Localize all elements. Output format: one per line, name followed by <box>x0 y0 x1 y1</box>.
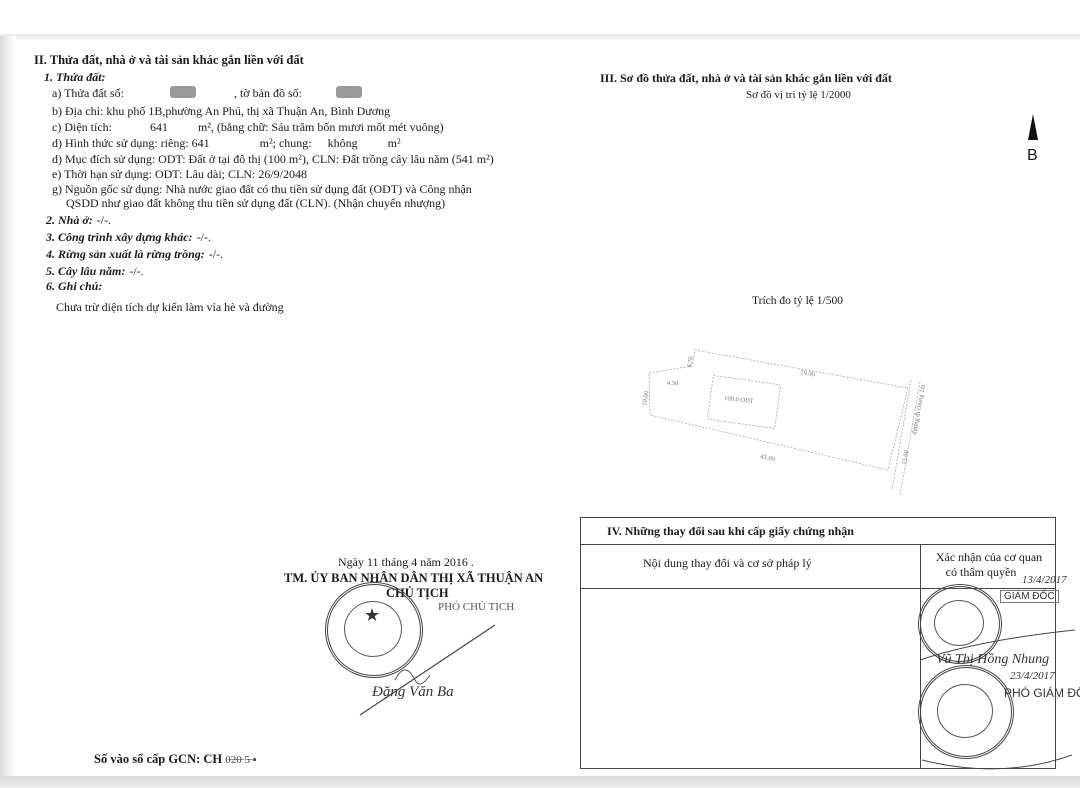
registry-number-row: Số vào sổ cấp GCN: CH 0̶2̶0̶ 5̶ ▪ <box>94 752 257 767</box>
registry-label: Số vào sổ cấp GCN: CH <box>94 752 222 766</box>
plot-bottom-edge: 45.00 <box>760 453 776 463</box>
parcel-number-row: a) Thửa đất số: , tờ bản đồ số: <box>52 86 362 101</box>
redacted-parcel-number <box>170 86 196 98</box>
paper-edge-bottom <box>0 776 1080 788</box>
origin-row-2: QSDD như giao đất không thu tiền sử dụng… <box>66 196 445 211</box>
plot-top-edge: 19.00 <box>800 369 816 378</box>
item4-value: -/-. <box>209 247 223 261</box>
location-scale-caption: Sơ đồ vị trí tỷ lệ 1/2000 <box>746 89 851 101</box>
item5-row: 5. Cây lâu năm: -/-. <box>46 262 144 280</box>
road-label: đường đi chung 1m <box>911 384 927 435</box>
col-change-content: Nội dung thay đổi và cơ sở pháp lý <box>643 556 812 571</box>
registry-value: 0̶2̶0̶ 5̶ ▪ <box>225 754 256 766</box>
area-row: c) Diện tích: 641 m², (bằng chữ: Sáu tră… <box>52 120 444 135</box>
stamp-role-1: GIÁM ĐỐC <box>1000 590 1059 603</box>
redacted-map-sheet <box>336 86 362 98</box>
usage-term-row: e) Thời hạn sử dụng: ODT: Lâu dài; CLN: … <box>52 167 307 182</box>
usage-form-label: d) Hình thức sử dụng: riêng: <box>52 136 189 150</box>
item3-label: 3. Công trình xây dựng khác: <box>46 230 193 244</box>
issuing-org: TM. ỦY BAN NHÂN DÂN THỊ XÃ THUẬN AN <box>284 571 543 586</box>
item3-value: -/-. <box>197 230 211 244</box>
usage-form-row: d) Hình thức sử dụng: riêng: 641 m²; chu… <box>52 136 401 151</box>
section4-title: IV. Những thay đổi sau khi cấp giấy chứn… <box>607 524 854 539</box>
item4-label: 4. Rừng sản xuất là rừng trồng: <box>46 247 205 261</box>
usage-private-value: 641 <box>192 136 210 150</box>
address-row: b) Địa chỉ: khu phố 1B,phường An Phú, th… <box>52 104 390 119</box>
changes-table-subheader: Nội dung thay đổi và cơ sở pháp lý Xác n… <box>581 544 1055 589</box>
usage-unit-1: m²; chung: <box>260 136 312 150</box>
map-sheet-label: , tờ bản đồ số: <box>234 86 302 100</box>
area-unit-text: m², (bằng chữ: Sáu trăm bốn mươi mốt mét… <box>198 120 444 134</box>
origin-row-1: g) Nguồn gốc sử dụng: Nhà nước giao đất … <box>52 182 472 197</box>
parcel-number-label: a) Thửa đất số: <box>52 86 124 100</box>
issue-date: Ngày 11 tháng 4 năm 2016 . <box>338 555 474 570</box>
plot-right-edge: 15.00 <box>901 450 910 466</box>
plot-left-edge: 10.00 <box>641 391 650 407</box>
page-margin-top <box>0 0 1080 36</box>
item6-label: 6. Ghi chú: <box>46 279 102 294</box>
excerpt-scale-caption: Trích đo tỷ lệ 1/500 <box>752 295 843 307</box>
stamp-date-1: 13/4/2017 <box>1022 574 1067 586</box>
section3-title: III. Sơ đồ thửa đất, nhà ở và tài sản kh… <box>600 71 892 86</box>
paper-edge-left <box>0 36 16 788</box>
item1-heading: 1. Thửa đất: <box>44 70 106 85</box>
paper-edge-top <box>0 34 1080 40</box>
signature-stroke <box>355 620 505 720</box>
item2-label: 2. Nhà ở: <box>46 213 93 227</box>
north-label: B <box>1027 147 1038 165</box>
note-text: Chưa trừ diện tích dự kiến làm vỉa hè và… <box>56 300 284 315</box>
item4-row: 4. Rừng sản xuất là rừng trồng: -/-. <box>46 245 223 263</box>
chairman-signature: Đặng Văn Ba <box>372 684 454 701</box>
plot-step-vertical: 4.70 <box>686 356 695 368</box>
item5-label: 5. Cây lâu năm: <box>46 264 125 278</box>
section2-title: II. Thửa đất, nhà ở và tài sản khác gắn … <box>34 53 304 68</box>
parcel-plot-diagram: 19.00 45.00 10.00 4.50 4.70 100.0 ODT 15… <box>630 340 930 520</box>
vice-chairman-title: PHÓ CHỦ TỊCH <box>438 601 514 613</box>
parcel-label: 100.0 ODT <box>724 395 754 405</box>
plot-step-short: 4.50 <box>667 380 678 387</box>
usage-unit-2: m² <box>388 136 401 150</box>
item2-value: -/-. <box>97 213 111 227</box>
item2-row: 2. Nhà ở: -/-. <box>46 211 111 229</box>
area-value: 641 <box>150 120 168 134</box>
col-authority-line1: Xác nhận của cơ quan <box>929 550 1049 565</box>
item5-value: -/-. <box>129 264 143 278</box>
usage-shared-value: không <box>328 136 358 150</box>
area-label: c) Diện tích: <box>52 120 112 134</box>
item3-row: 3. Công trình xây dựng khác: -/-. <box>46 228 211 246</box>
usage-purpose-row: d) Mục đích sử dụng: ODT: Đất ở tại đô t… <box>52 152 494 167</box>
signature-strokes <box>920 620 1080 780</box>
changes-table-header: IV. Những thay đổi sau khi cấp giấy chứn… <box>581 518 1055 545</box>
north-arrow-icon <box>1028 114 1038 140</box>
